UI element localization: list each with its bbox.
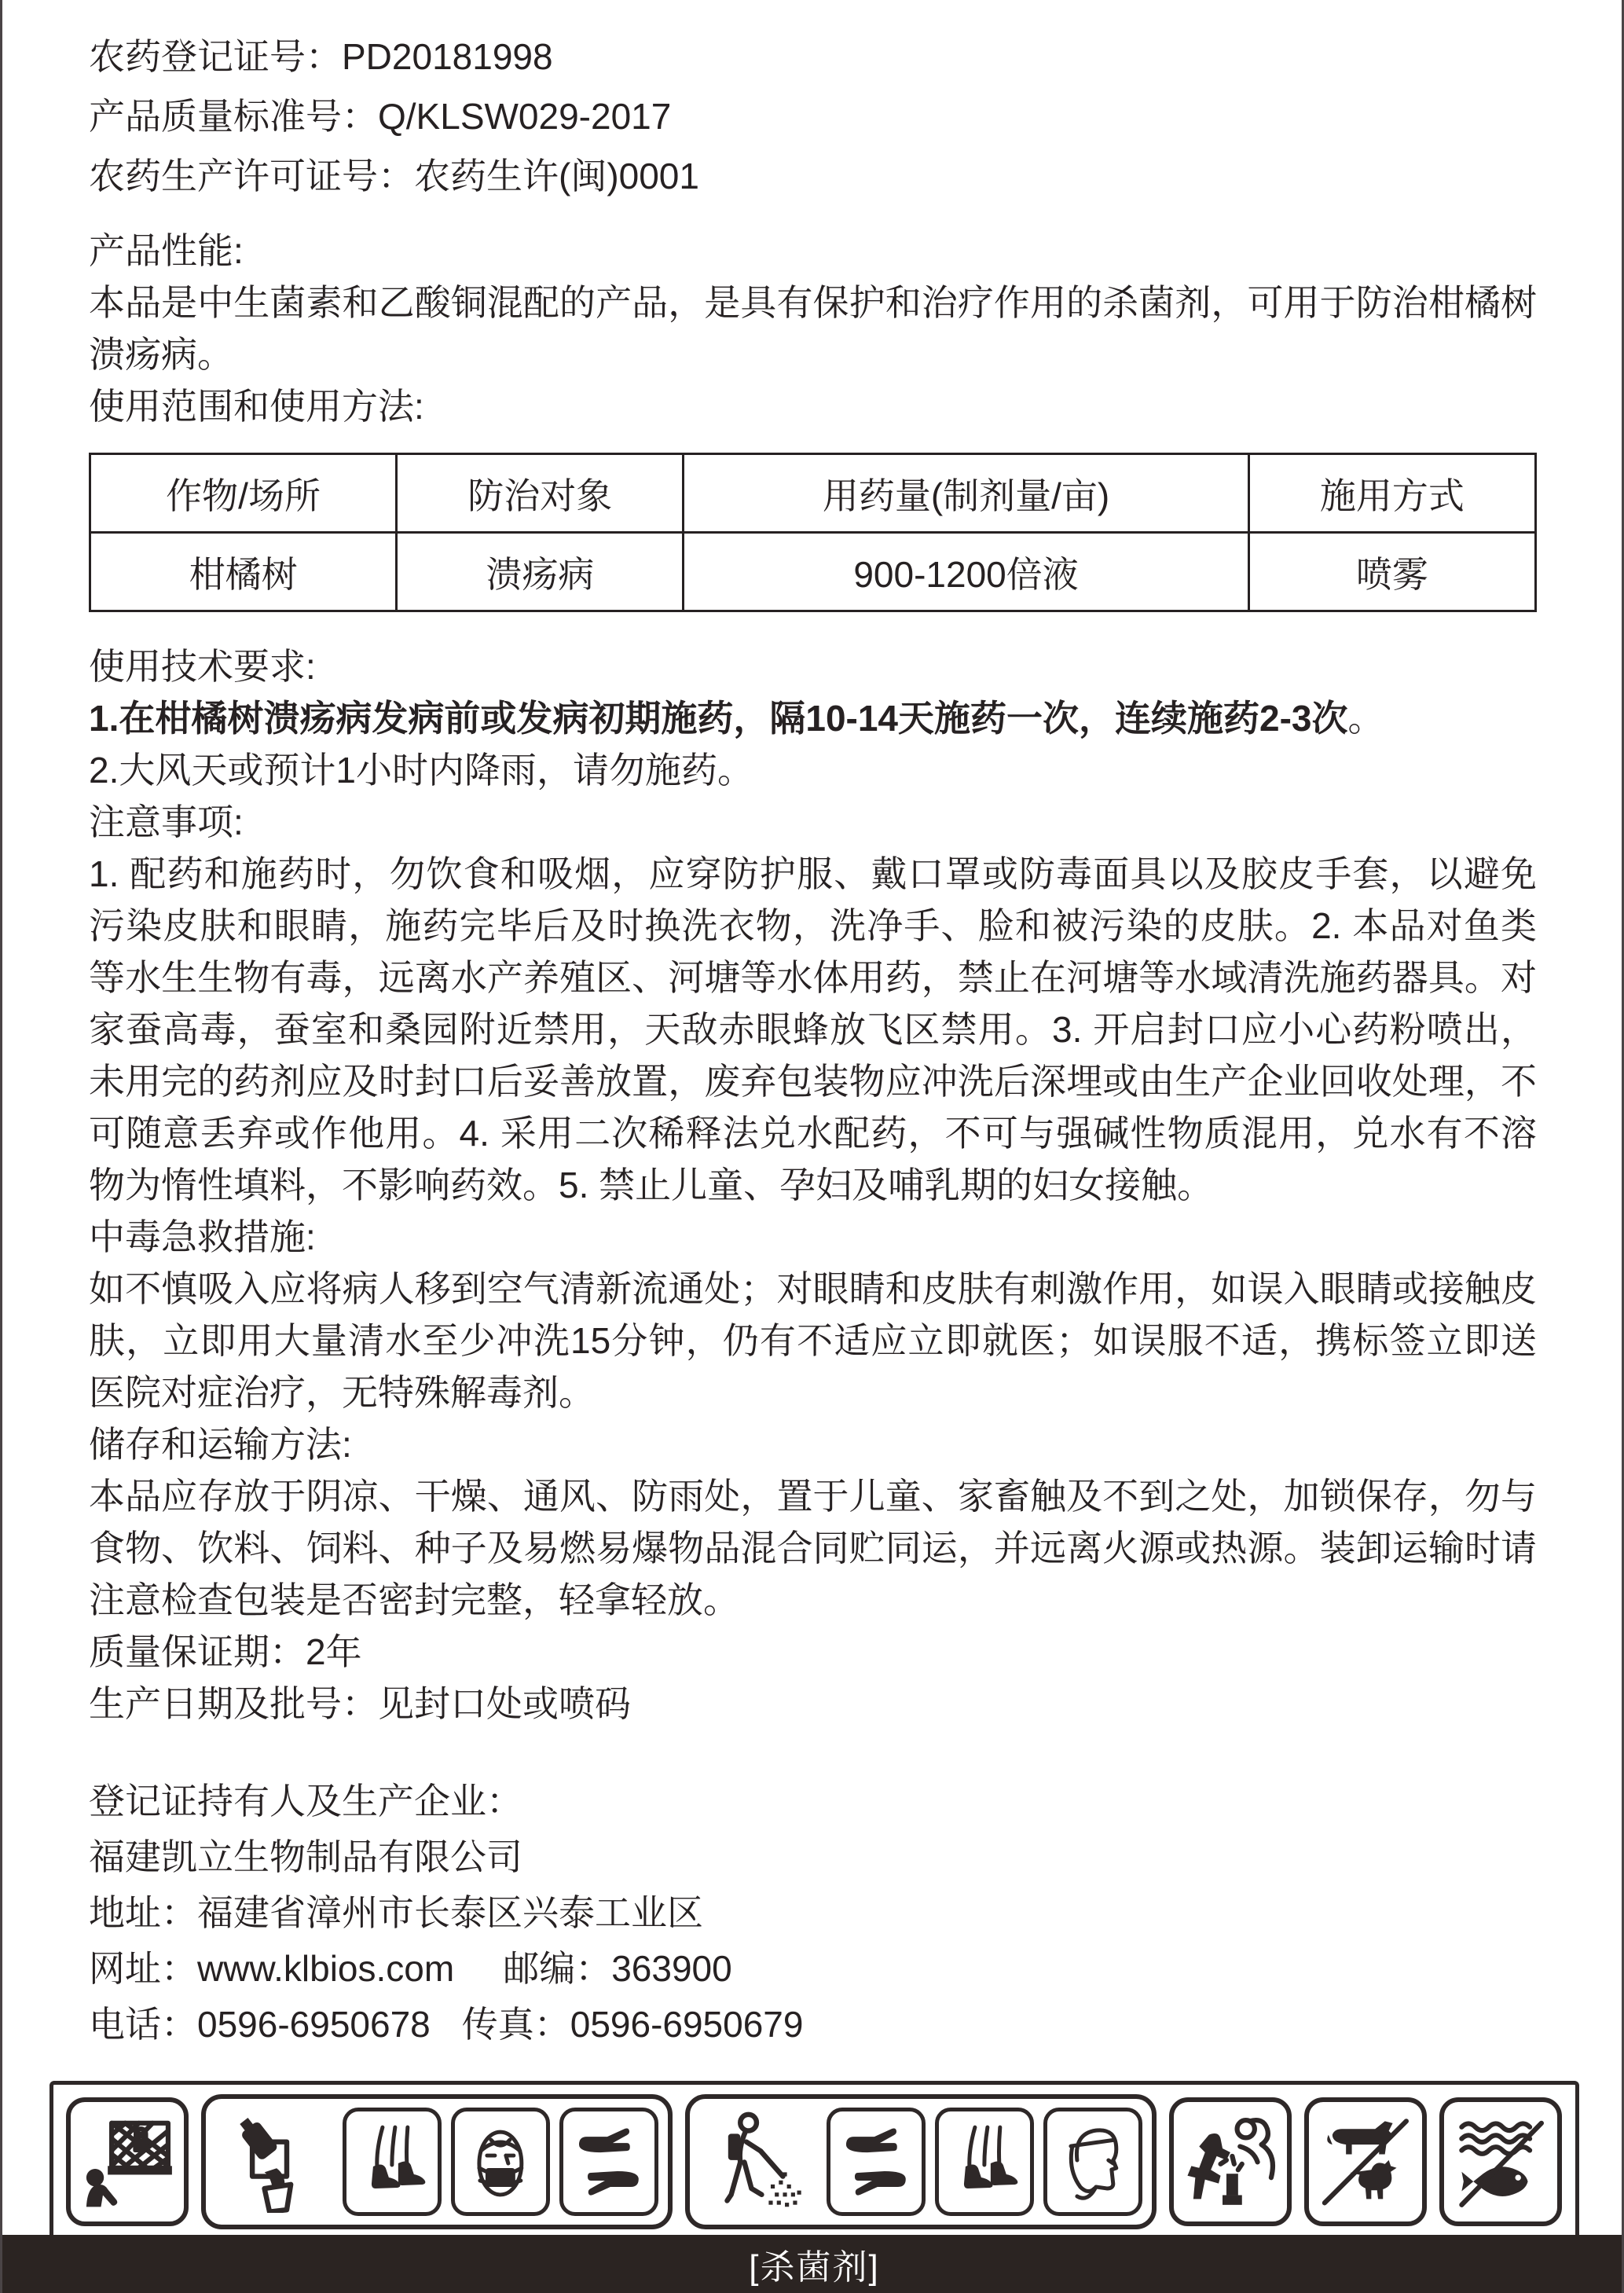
usage-table: 作物/场所 防治对象 用药量(制剂量/亩) 施用方式 柑橘树 溃疡病 900-1… [89, 453, 1537, 612]
registration-block: 农药登记证号：PD20181998 产品质量标准号：Q/KLSW029-2017… [89, 27, 1537, 206]
tech-requirement-1-tail: 。 [1348, 698, 1384, 739]
storage-body: 本品应存放于阴凉、干燥、通风、防雨处，置于儿童、家畜触及不到之处，加锁保存，勿与… [89, 1470, 1537, 1626]
tech-requirement-1-bold: 1.在柑橘树溃疡病发病前或发病初期施药，隔10-14天施药一次，连续施药2-3次 [89, 698, 1348, 739]
usage-cell-crop: 柑橘树 [90, 533, 397, 611]
wear-gloves-icon [827, 2108, 926, 2216]
usage-section-title: 使用范围和使用方法: [89, 380, 1537, 432]
production-date-batch: 生产日期及批号：见封口处或喷码 [89, 1678, 1537, 1730]
quality-block: 质量保证期：2年 生产日期及批号：见封口处或喷码 [89, 1626, 1537, 1730]
usage-table-header-row: 作物/场所 防治对象 用药量(制剂量/亩) 施用方式 [90, 454, 1536, 533]
usage-col-crop: 作物/场所 [90, 454, 397, 533]
precautions-body: 1. 配药和施药时，勿饮食和吸烟，应穿防护服、戴口罩或防毒面具以及胶皮手套，以避… [89, 848, 1537, 1211]
pesticide-label-page: 农药登记证号：PD20181998 产品质量标准号：Q/KLSW029-2017… [0, 0, 1624, 2293]
company-fax: 传真：0596-6950679 [462, 2004, 804, 2045]
usage-col-target: 防治对象 [397, 454, 684, 533]
wear-mask-icon [451, 2108, 550, 2216]
usage-table-row: 柑橘树 溃疡病 900-1200倍液 喷雾 [90, 533, 1536, 611]
spraying-ppe-group [685, 2094, 1157, 2229]
company-phone-line: 电话：0596-6950678传真：0596-6950679 [89, 1997, 1537, 2053]
usage-col-dosage: 用药量(制剂量/亩) [684, 454, 1248, 533]
knapsack-spray-application-icon [699, 2103, 817, 2221]
wear-face-shield-icon [1043, 2108, 1142, 2216]
store-locked-away-from-children-icon [66, 2097, 189, 2226]
performance-body: 本品是中生菌素和乙酸铜混配的产品，是具有保护和治疗作用的杀菌剂，可用于防治柑橘树… [89, 277, 1537, 380]
company-phone: 电话：0596-6950678 [89, 2004, 431, 2045]
company-address: 地址：福建省漳州市长泰区兴泰工业区 [89, 1885, 1537, 1941]
usage-cell-dosage: 900-1200倍液 [684, 533, 1248, 611]
category-label: [杀菌剂] [749, 2239, 879, 2289]
wear-gloves-icon [559, 2108, 658, 2216]
storage-title: 储存和运输方法: [89, 1418, 1537, 1470]
company-postcode: 邮编：363900 [503, 1948, 732, 1989]
tech-requirement-2: 2.大风天或预计1小时内降雨，请勿施药。 [89, 744, 1537, 796]
first-aid-title: 中毒急救措施: [89, 1211, 1537, 1263]
usage-cell-target: 溃疡病 [397, 533, 684, 611]
warranty-period: 质量保证期：2年 [89, 1626, 1537, 1678]
company-name: 福建凯立生物制品有限公司 [89, 1829, 1537, 1885]
usage-col-method: 施用方式 [1248, 454, 1535, 533]
tech-requirements-title: 使用技术要求: [89, 640, 1537, 692]
label-content: 农药登记证号：PD20181998 产品质量标准号：Q/KLSW029-2017… [2, 0, 1622, 2053]
wear-boots-icon [343, 2108, 442, 2216]
tech-requirement-1: 1.在柑橘树溃疡病发病前或发病初期施药，隔10-14天施药一次，连续施药2-3次… [89, 692, 1537, 744]
toxic-to-fish-keep-away-from-water-icon [1439, 2097, 1562, 2226]
category-bar: [杀菌剂] [2, 2235, 1624, 2293]
company-web-line: 网址：www.klbios.com邮编：363900 [89, 1941, 1537, 1997]
quality-standard-number: 产品质量标准号：Q/KLSW029-2017 [89, 86, 1537, 146]
production-license-number: 农药生产许可证号：农药生许(闽)0001 [89, 146, 1537, 206]
company-website: 网址：www.klbios.com [89, 1948, 454, 1989]
registration-number: 农药登记证号：PD20181998 [89, 27, 1537, 86]
dilute-and-pour-icon [215, 2103, 333, 2221]
wash-hands-after-use-icon [1169, 2097, 1292, 2226]
wear-boots-icon [935, 2108, 1034, 2216]
registrant-title: 登记证持有人及生产企业： [89, 1774, 1537, 1829]
keep-away-from-livestock-icon [1304, 2097, 1427, 2226]
performance-title: 产品性能: [89, 225, 1537, 277]
company-block: 登记证持有人及生产企业： 福建凯立生物制品有限公司 地址：福建省漳州市长泰区兴泰… [89, 1774, 1537, 2053]
precautions-title: 注意事项: [89, 796, 1537, 848]
first-aid-body: 如不慎吸入应将病人移到空气清新流通处；对眼睛和皮肤有刺激作用，如误入眼睛或接触皮… [89, 1263, 1537, 1418]
mixing-ppe-group [201, 2094, 673, 2229]
safety-pictogram-strip [49, 2081, 1579, 2243]
usage-cell-method: 喷雾 [1248, 533, 1535, 611]
